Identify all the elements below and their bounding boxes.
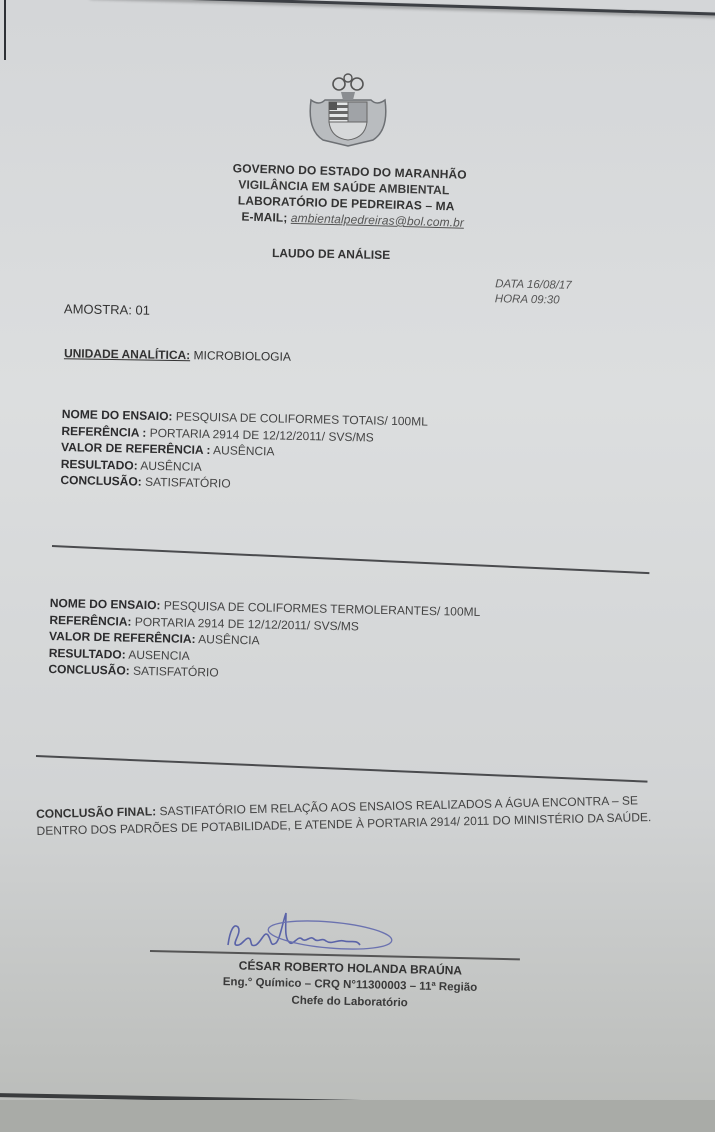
final-conclusion-label: CONCLUSÃO FINAL:	[36, 804, 156, 821]
signer-block: CÉSAR ROBERTO HOLANDA BRAÚNA Eng.° Quími…	[169, 956, 530, 1015]
final-conclusion: CONCLUSÃO FINAL: SASTIFATÓRIO EM RELAÇÃO…	[36, 791, 677, 839]
date-time: DATA 16/08/17 HORA 09:30	[495, 277, 572, 309]
lab-report: GOVERNO DO ESTADO DO MARANHÃO VIGILÂNCIA…	[0, 0, 715, 1132]
sample-number: AMOSTRA: 01	[64, 301, 150, 317]
report-date: DATA 16/08/17	[495, 277, 572, 294]
divider-line	[52, 545, 649, 574]
report-time: HORA 09:30	[495, 292, 572, 309]
analytical-unit-value: MICROBIOLOGIA	[190, 348, 291, 364]
divider-line	[36, 755, 648, 783]
institution-header: GOVERNO DO ESTADO DO MARANHÃO VIGILÂNCIA…	[223, 160, 545, 233]
coat-of-arms-icon	[303, 70, 393, 150]
email-link[interactable]: ambientalpedreiras@bol.com.br	[291, 211, 464, 230]
analytical-unit-label: UNIDADE ANALÍTICA:	[64, 346, 190, 362]
report-title: LAUDO DE ANÁLISE	[272, 246, 390, 262]
test-block-1: NOME DO ENSAIO: PESQUISA DE COLIFORMES T…	[60, 406, 428, 496]
analytical-unit: UNIDADE ANALÍTICA: MICROBIOLOGIA	[64, 346, 291, 364]
test-block-2: NOME DO ENSAIO: PESQUISA DE COLIFORMES T…	[48, 595, 480, 686]
email-label: E-MAIL;	[241, 209, 291, 224]
